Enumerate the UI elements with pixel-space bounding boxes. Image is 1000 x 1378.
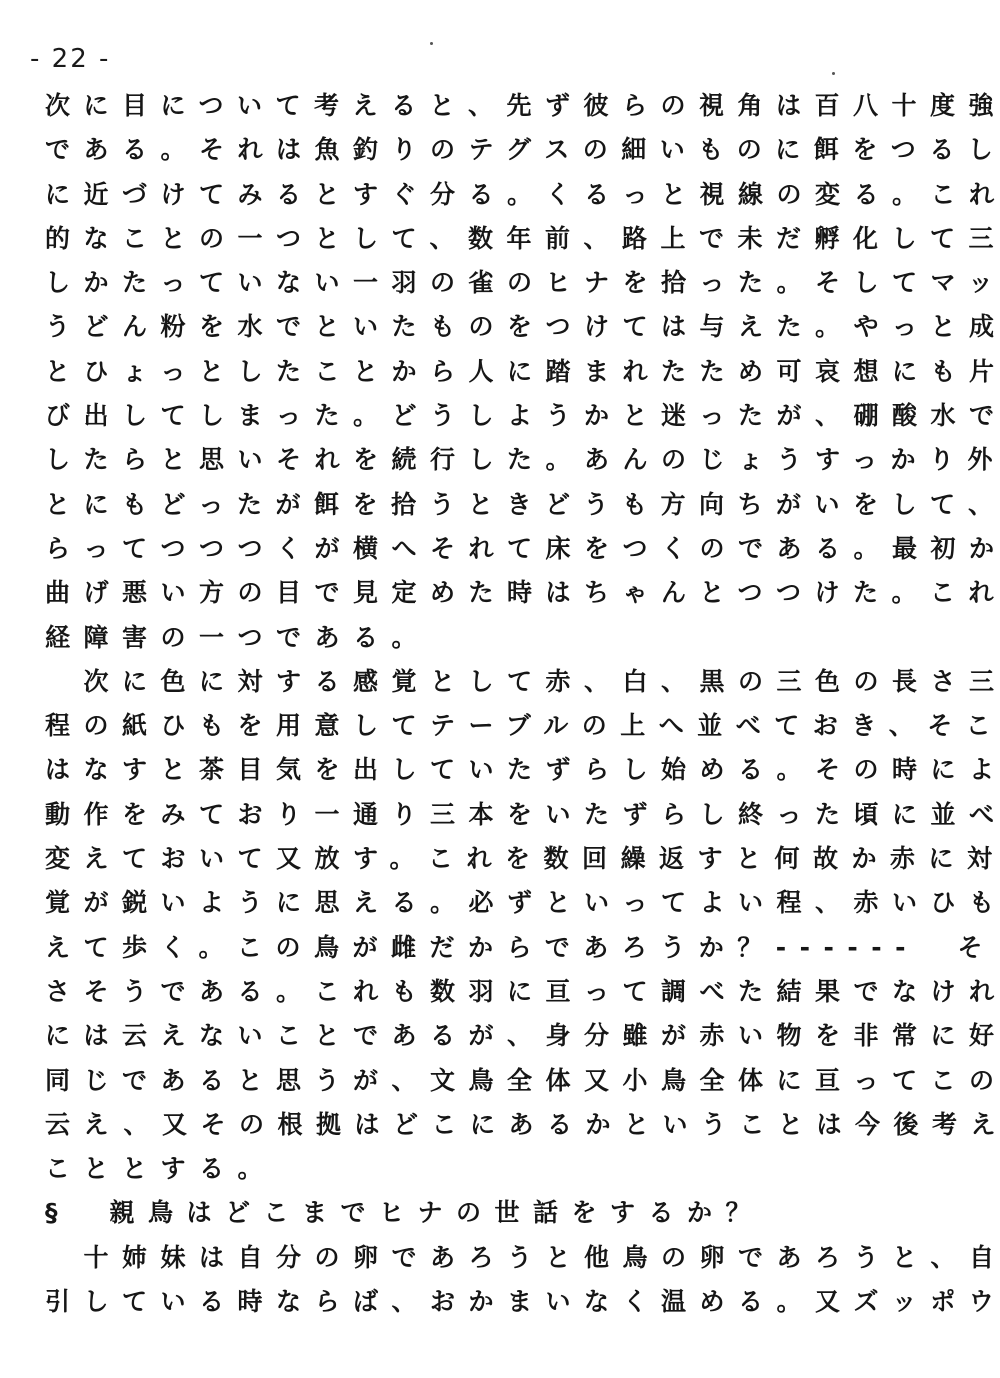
- text-line: こととする。: [45, 1147, 875, 1191]
- text-line: である。それは魚釣りのテグスの細いものに餌をつるして徐々: [45, 128, 875, 172]
- text-line: したらと思いそれを続行した。あんのじょうすっかり外観はも: [45, 438, 875, 482]
- text-line: 十姉妹は自分の卵であろうと他鳥の卵であろうと、自分が巣: [45, 1236, 875, 1280]
- text-line: に近づけてみるとすぐ分る。くるっと視線の変る。これと対称: [45, 173, 875, 217]
- text-line: 動作をみており一通り三本をいたずらし終った頃に並べる順を: [45, 793, 875, 837]
- scanned-document-page: - 22 - 次に目について考えると、先ず彼らの視角は百八十度強のよう である。…: [0, 0, 1000, 1378]
- page-number: - 22 -: [30, 44, 110, 74]
- scan-speck: [832, 72, 835, 75]
- text-line: とひょっとしたことから人に踏まれたため可哀想にも片目がと: [45, 350, 875, 394]
- text-line: 経障害の一つである。: [45, 616, 875, 660]
- text-line: さそうである。これも数羽に亘って調べた結果でなければ一概: [45, 970, 875, 1014]
- text-line: 同じであると思うが、文鳥全体又小鳥全体に亘ってこのことが: [45, 1059, 875, 1103]
- section-heading: § 親鳥はどこまでヒナの世話をするか？: [45, 1191, 875, 1235]
- text-line: には云えないことであるが、身分雖が赤い物を非常に好むのと: [45, 1014, 875, 1058]
- text-line: 覚が鋭いように思える。必ずといってよい程、赤いひもをくわ: [45, 881, 875, 925]
- body-text: 次に目について考えると、先ず彼らの視角は百八十度強のよう である。それは魚釣りの…: [45, 84, 875, 1324]
- text-line: はなすと茶目気を出していたずらし始める。その時によくその: [45, 748, 875, 792]
- scan-speck: [430, 42, 433, 45]
- text-line: 引している時ならば、おかまいなく温める。又ズッポウソウは: [45, 1280, 875, 1324]
- text-line: び出してしまった。どうしようかと迷ったが、硼酸水でしっぷ: [45, 394, 875, 438]
- text-line: 次に目について考えると、先ず彼らの視角は百八十度強のよう: [45, 84, 875, 128]
- text-line: 的なことの一つとして、数年前、路上で未だ孵化して三、四日: [45, 217, 875, 261]
- text-line: 程の紙ひもを用意してテーブルの上へ並べておき、そこえ鳥を: [45, 704, 875, 748]
- text-line: 曲げ悪い方の目で見定めた時はちゃんとつつけた。これも視神: [45, 571, 875, 615]
- text-line: とにもどったが餌を拾うときどうも方向ちがいをして、餌をね: [45, 483, 875, 527]
- text-line: うどん粉を水でといたものをつけては与えた。やっと成長する: [45, 305, 875, 349]
- text-line: しかたっていない一羽の雀のヒナを拾った。そしてマッチ棒に: [45, 261, 875, 305]
- text-line: らってつつつくが横へそれて床をつくのである。最初から首を: [45, 527, 875, 571]
- text-line: えて歩く。この鳥が雌だからであろうか？------ そうでもな: [45, 926, 875, 970]
- text-line: 云え、又その根拠はどこにあるかということは今後考えてみる: [45, 1103, 875, 1147]
- text-line: 次に色に対する感覚として赤、白、黒の三色の長さ三センチ: [45, 660, 875, 704]
- text-line: 変えておいて又放す。これを数回繰返すと何故か赤に対する感: [45, 837, 875, 881]
